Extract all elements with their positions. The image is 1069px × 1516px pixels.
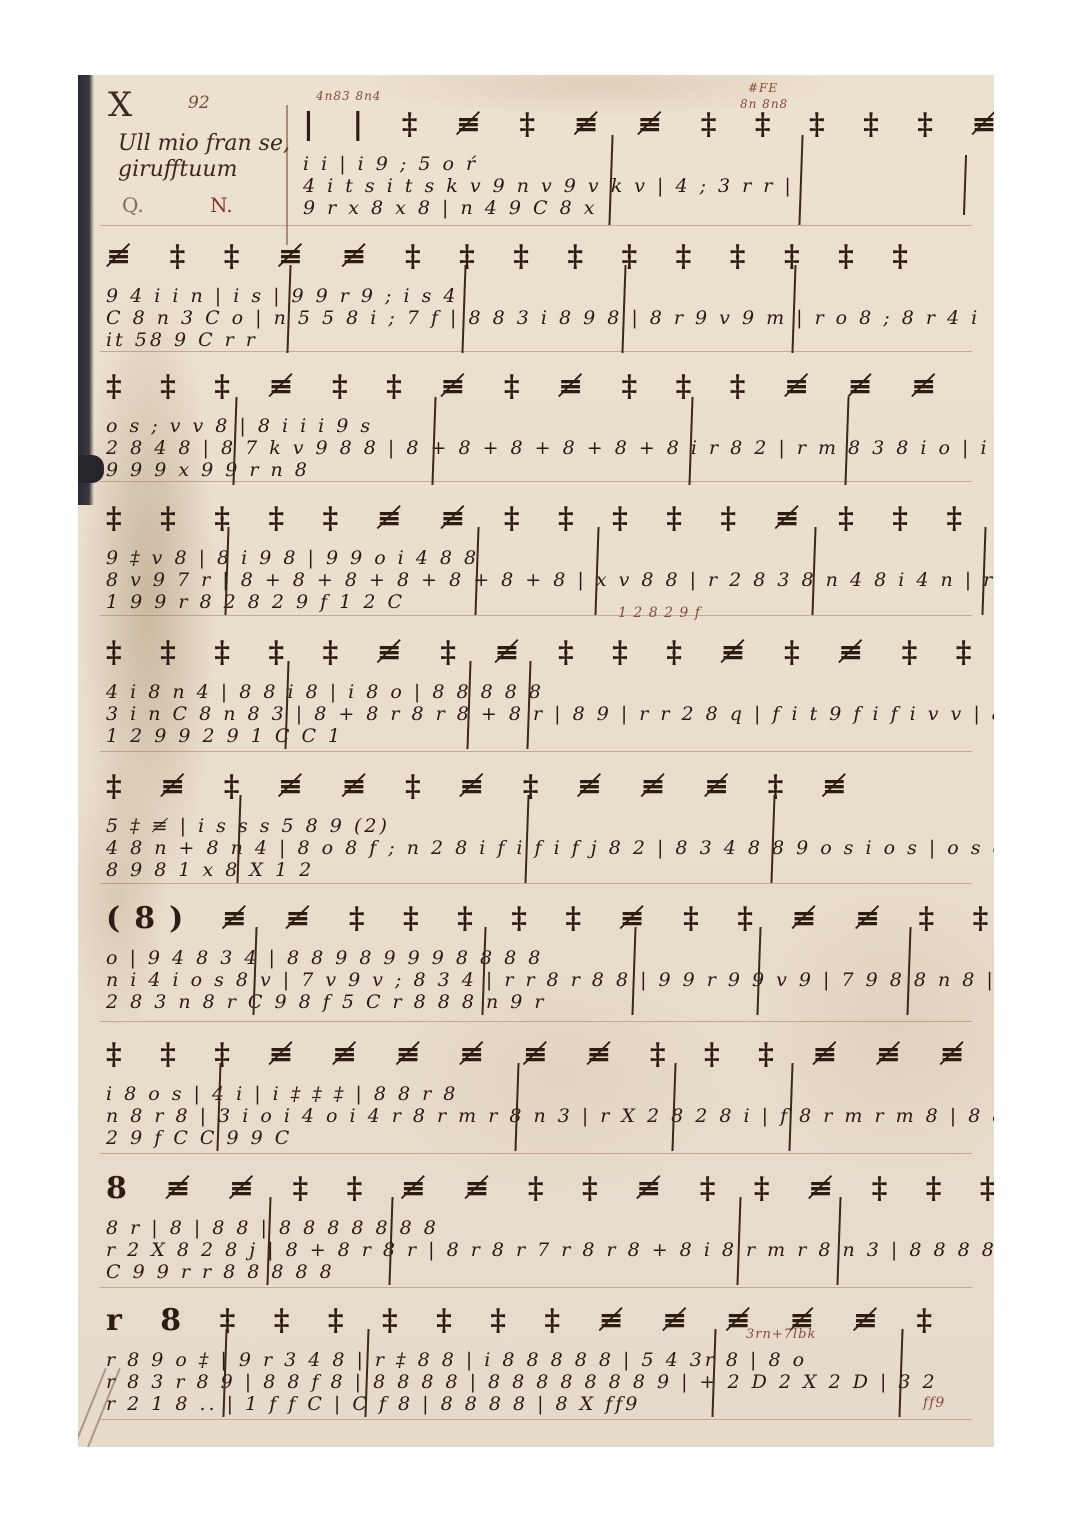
tab-line: 2 9 f C C 9 9 C — [106, 1127, 974, 1149]
rhythm-flags: ‡ ≢ ‡ ≢ ≢ ‡ ≢ ‡ ≢ ≢ ≢ ‡ ≢ — [106, 757, 974, 817]
tab-line: r 2 1 8 .. | 1 f f C | C f 8 | 8 8 8 8 |… — [106, 1393, 974, 1415]
annotation-row10-end: ff9 — [923, 1395, 945, 1411]
rule-line — [100, 1021, 972, 1022]
n-mark: N. — [210, 193, 233, 217]
rhythm-flags: (8) ≢ ≢ ‡ ‡ ‡ ‡ ‡ ≢ ‡ ‡ ≢ ≢ ‡ ‡ ‡ — [106, 889, 974, 949]
tab-line: 3 i n C 8 n 8 3 | 8 + 8 r 8 r 8 + 8 r | … — [106, 703, 974, 725]
tab-line: r 8 3 r 8 9 | 8 8 f 8 | 8 8 8 8 | 8 8 8 … — [106, 1371, 974, 1393]
tab-line: 9 r x 8 x 8 | n 4 9 C 8 x — [303, 197, 974, 219]
tab-line: 9 4 i i n | i s | 9 9 r 9 ; i s 4 — [106, 285, 974, 307]
binding-tab — [78, 455, 104, 483]
tab-line: 8 v 9 7 r | 8 + 8 + 8 + 8 + 8 + 8 + 8 | … — [106, 569, 974, 591]
tab-line: r 8 9 o ‡ | 9 r 3 4 8 | r ‡ 8 8 | i 8 8 … — [106, 1349, 974, 1371]
title-divider — [286, 105, 288, 245]
folio-number: 92 — [188, 93, 210, 113]
tab-line: C 8 n 3 C o | n 5 5 8 i ; 7 f | 8 8 3 i … — [106, 307, 974, 329]
annotation-fe: #FE — [748, 81, 778, 95]
tab-line: 1 9 9 r 8 2 8 2 9 f 1 2 C — [106, 591, 974, 613]
annotation-row4: 1 2 8 2 9 f — [618, 605, 701, 621]
annotation-row10: 3rn+7lbk — [746, 1327, 816, 1342]
tab-line: o | 9 4 8 3 4 | 8 8 9 8 9 9 9 8 8 8 8 — [106, 947, 974, 969]
tab-line: 1 2 9 9 2 9 1 C C 1 — [106, 725, 974, 747]
rhythm-flags: r 8 ‡ ‡ ‡ ‡ ‡ ‡ ‡ ≢ ≢ ≢ ≢ ≢ ‡ — [106, 1291, 974, 1351]
rule-line — [100, 351, 972, 352]
tab-line: 4 i 8 n 4 | 8 8 i 8 | i 8 o | 8 8 8 8 8 — [106, 681, 974, 703]
title-line-2: girufftuum — [118, 157, 290, 183]
tab-line: 2 8 4 8 | 8 7 k v 9 8 8 | 8 + 8 + 8 + 8 … — [106, 437, 974, 459]
rhythm-flags: 8 ≢ ≢ ‡ ‡ ≢ ≢ ‡ ‡ ≢ ‡ ‡ ≢ ‡ ‡ ‡ ‡ ‡ — [106, 1159, 974, 1219]
rule-line — [100, 481, 972, 482]
tab-line: 4 i t s i t s k v 9 n v 9 v k v | 4 ; 3 … — [303, 175, 974, 197]
rule-line — [100, 1287, 972, 1288]
rule-line — [100, 751, 972, 752]
piece-title: Ull mio fran se, girufftuum — [118, 131, 290, 183]
rhythm-flags: ≢ ‡ ‡ ≢ ≢ ‡ ‡ ‡ ‡ ‡ ‡ ‡ ‡ ‡ ‡ — [106, 227, 974, 287]
tab-line: it 58 9 C r r — [106, 329, 974, 351]
rule-line — [100, 883, 972, 884]
tab-line: n 8 r 8 | 3 i o i 4 o i 4 r 8 r m r 8 n … — [106, 1105, 974, 1127]
tab-line: i i | i 9 ; 5 o ŕ — [303, 153, 974, 175]
tab-line: 5 ‡ ≢ | i s s s 5 8 9 (2) — [106, 815, 974, 837]
tab-line: n i 4 i o s 8 v | 7 v 9 v ; 8 3 4 | r r … — [106, 969, 974, 991]
rhythm-flags: ‡ ‡ ‡ ‡ ‡ ≢ ‡ ≢ ‡ ‡ ‡ ≢ ‡ ≢ ‡ ‡ ‡ ‡ — [106, 623, 974, 683]
rhythm-flags: ‡ ‡ ‡ ≢ ≢ ≢ ≢ ≢ ≢ ‡ ‡ ‡ ≢ ≢ ≢ — [106, 1025, 974, 1085]
tab-line: 8 r | 8 | 8 8 | 8 8 8 8 8 8 8 — [106, 1217, 974, 1239]
rhythm-flags: | | ‡ ≢ ‡ ≢ ≢ ‡ ‡ ‡ ‡ ‡ ≢ ‡ — [303, 95, 974, 155]
rule-line — [100, 1153, 972, 1154]
manuscript-page: X 92 Ull mio fran se, girufftuum Q. N. 4… — [78, 75, 994, 1447]
binding-shadow — [78, 75, 94, 505]
x-mark: X — [108, 85, 132, 125]
tab-line: r 2 X 8 2 8 j | 8 + 8 r 8 r | 8 r 8 r 7 … — [106, 1239, 974, 1261]
tab-line: i 8 o s | 4 i | i ‡ ‡ ‡ | 8 8 r 8 — [106, 1083, 974, 1105]
tab-line: 4 8 n + 8 n 4 | 8 o 8 f ; n 2 8 i f i f … — [106, 837, 974, 859]
rule-line — [100, 225, 972, 226]
rule-line — [100, 615, 972, 616]
rule-line — [100, 1419, 972, 1420]
tab-line: 2 8 3 n 8 r C 9 8 f 5 C r 8 8 8 n 9 r — [106, 991, 974, 1013]
q-mark: Q. — [122, 193, 144, 217]
rhythm-flags: ‡ ‡ ‡ ‡ ‡ ≢ ≢ ‡ ‡ ‡ ‡ ‡ ≢ ‡ ‡ ‡ ‡ ≢ — [106, 489, 974, 549]
title-line-1: Ull mio fran se, — [118, 131, 290, 157]
tab-line: 9 ‡ v 8 | 8 i 9 8 | 9 9 o i 4 8 8 — [106, 547, 974, 569]
tab-line: C 9 9 r r 8 8 8 8 8 — [106, 1261, 974, 1283]
